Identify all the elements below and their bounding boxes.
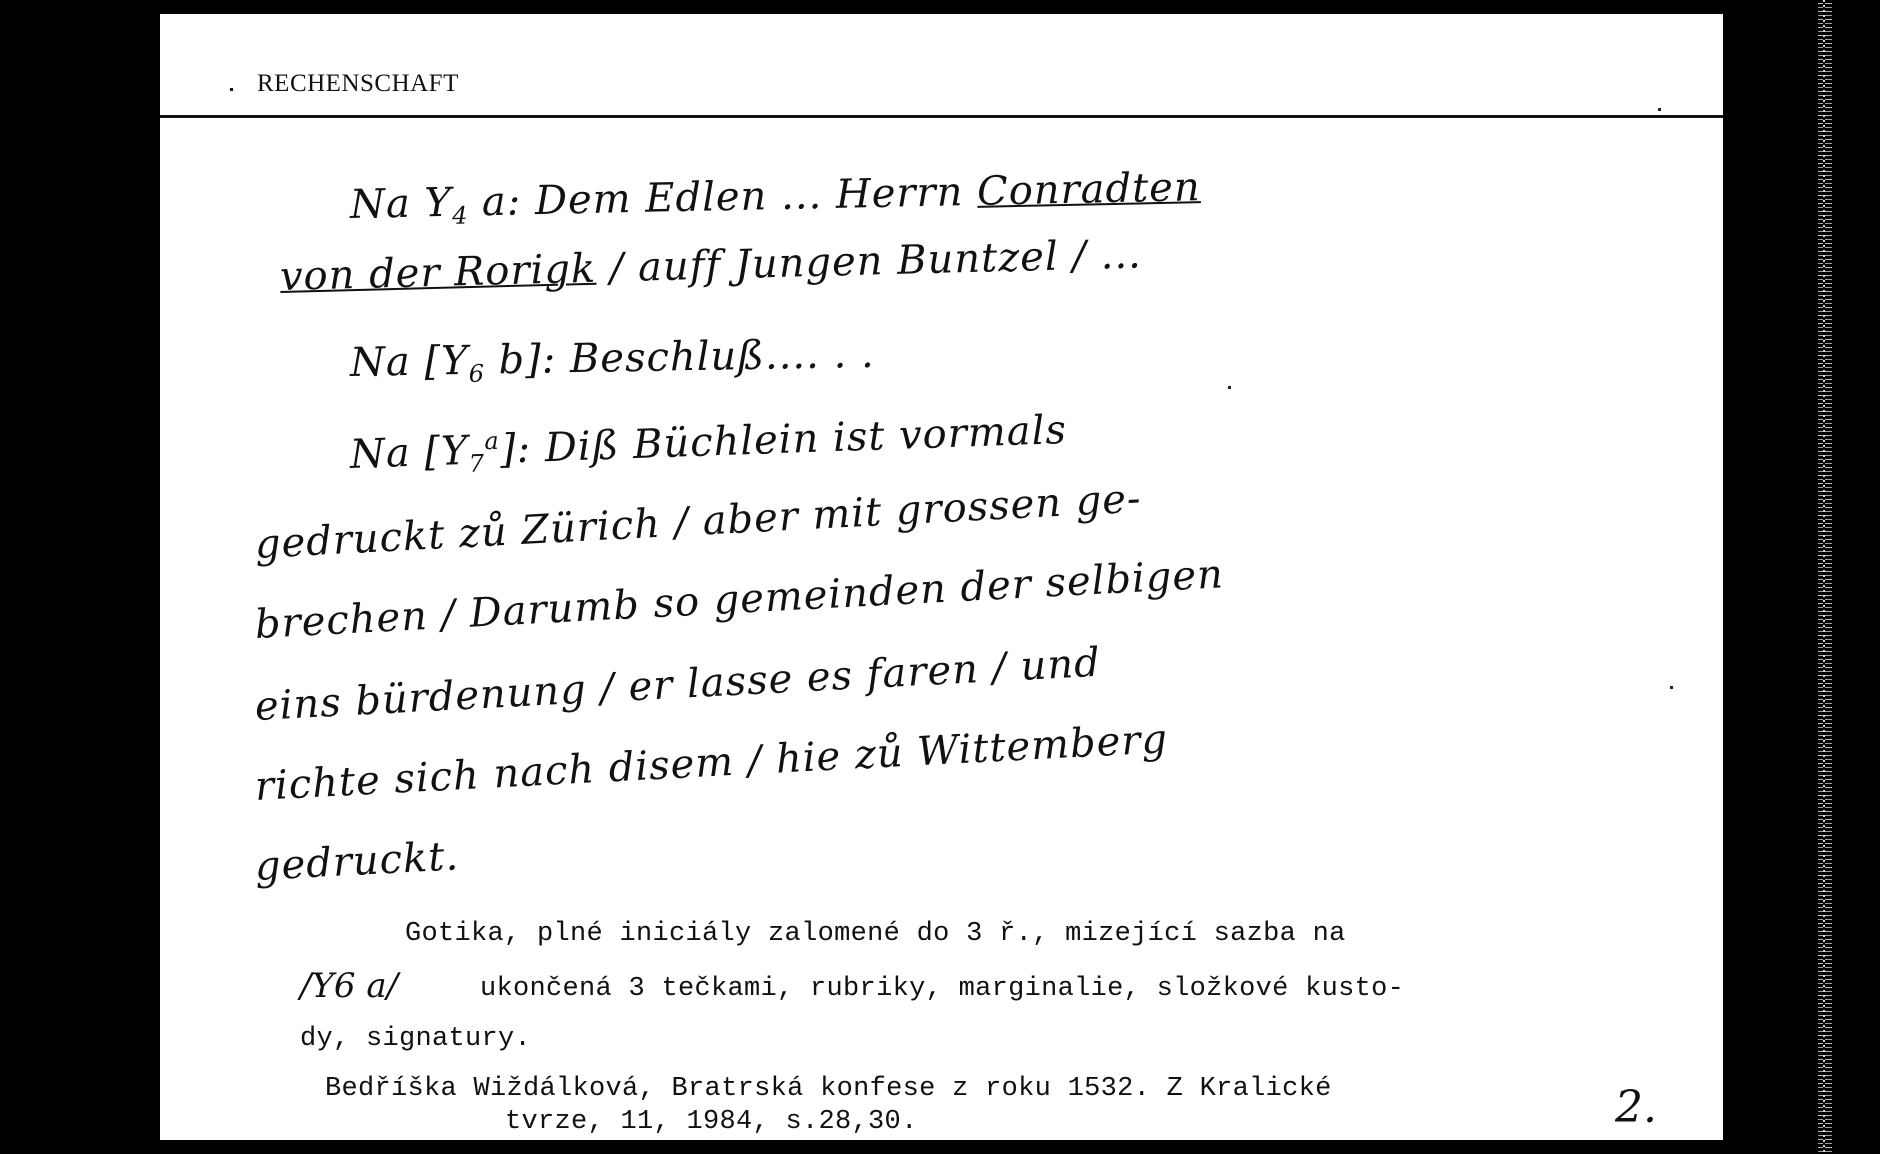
handwritten-line-4: Na [Y7a]: Diß Büchlein ist vormals [349,407,1068,482]
handwritten-line-2: von der Rorigk / auff Jungen Buntzel / .… [279,231,1142,300]
handwritten-line-3: Na [Y6 b]: Beschluß.... . . [350,331,876,390]
handwritten-line-6: brechen / Darumb so gemeinden der selbig… [254,551,1225,648]
hand-text: a: Dem Edlen ... Herrn [468,169,978,226]
description-line-3: dy, signatury. [300,1024,531,1054]
speck [230,88,233,91]
speck [1670,686,1673,689]
hand-underlined-text: Conradten [977,164,1201,215]
citation-line-1: Bedříška Wiždálková, Bratrská konfese z … [325,1074,1332,1104]
hand-text: Na Y [349,180,452,228]
document-page: RECHENSCHAFT Na Y4 a: Dem Edlen ... Herr… [160,14,1723,1140]
citation-line-2: tvrze, 11, 1984, s.28,30. [505,1107,918,1137]
hand-subscript: 6 [469,360,486,388]
handwritten-line-9: gedruckt. [254,833,460,890]
hand-text: Na [Y [350,338,469,386]
page-number: 2. [1615,1082,1657,1133]
handwritten-line-1: Na Y4 a: Dem Edlen ... Herrn Conradten [349,164,1201,232]
speck [1228,386,1231,389]
handwritten-line-5: gedruckt zů Zürich / aber mit grossen ge… [254,476,1143,568]
hand-subscript: 7 [468,449,485,478]
hand-text: ]: Diß Büchlein ist vormals [499,407,1067,473]
page-header: RECHENSCHAFT [257,70,459,98]
description-line-1: Gotika, plné iniciály zalomené do 3 ř., … [405,919,1346,949]
handwritten-line-7: eins bürdenung / er lasse es faren / und [254,640,1102,730]
hand-underlined-text: von der Rorigk [279,246,596,300]
speck [1658,108,1661,111]
hand-subscript: 4 [452,202,469,230]
header-rule [160,115,1723,118]
hand-text: Na [Y [349,428,469,478]
hand-text: b]: Beschluß.... . . [484,331,875,384]
scan-edge-noise [1818,0,1832,1154]
hand-superscript: a [484,427,500,456]
hand-text: / auff Jungen Buntzel / ... [596,231,1143,291]
description-line-2: ukončená 3 tečkami, rubriky, marginalie,… [480,974,1404,1004]
description-hand-note: /Y6 a/ [300,966,398,1006]
handwritten-line-8: richte sich nach disem / hie zů Wittembe… [254,716,1169,810]
